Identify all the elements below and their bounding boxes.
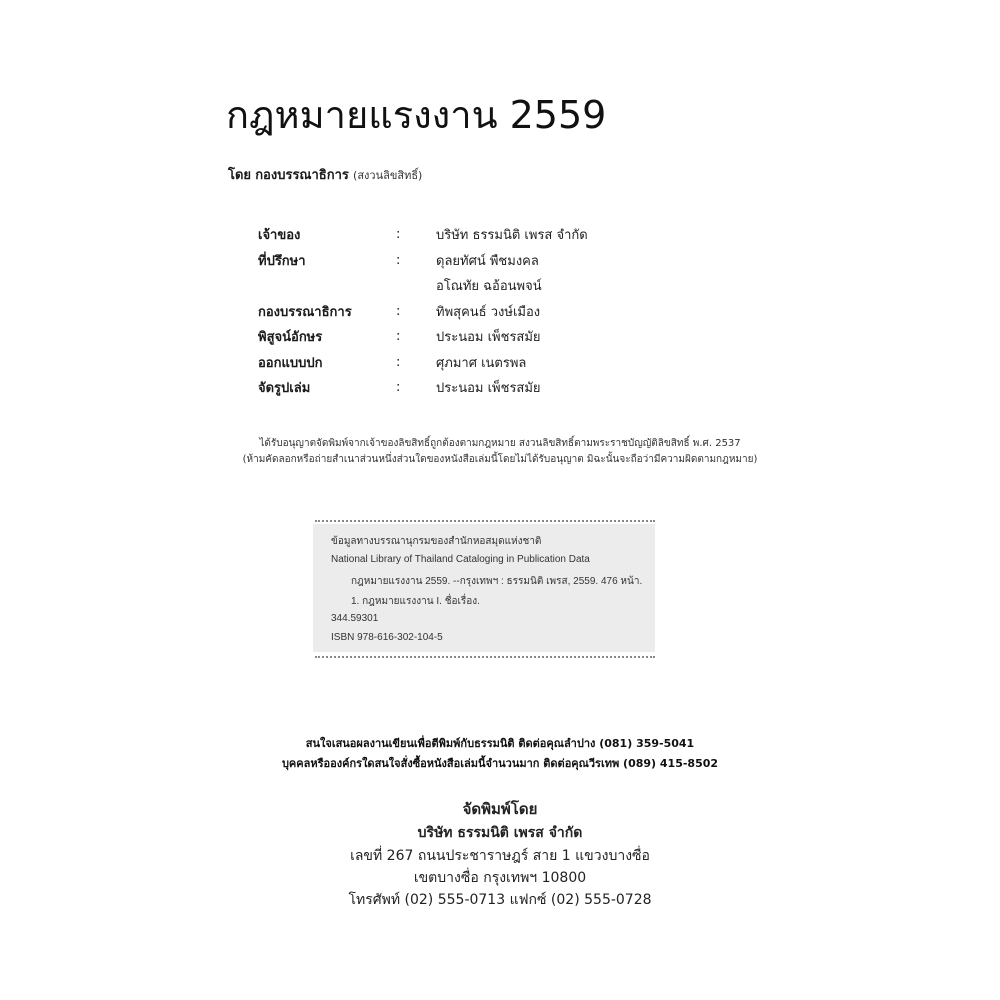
credit-colon: : (396, 329, 436, 344)
book-title: กฎหมายแรงงาน 2559 (226, 84, 606, 145)
credit-row: กองบรรณาธิการ : ทิพสุคนธ์ วงษ์เมือง (258, 299, 588, 325)
credit-name: ทิพสุคนธ์ วงษ์เมือง (436, 301, 540, 322)
cip-bottom-divider (315, 656, 655, 658)
printer-address-2: เขตบางซื่อ กรุงเทพฯ 10800 (0, 867, 1000, 889)
credit-name: อโณทัย ฉอ้อนพจน์ (436, 275, 542, 296)
cip-subjects: 1. กฎหมายแรงงาน I. ชื่อเรื่อง. (351, 594, 480, 609)
credit-name: ประนอม เพ็ชรสมัย (436, 326, 541, 347)
cip-classification: 344.59301 (331, 613, 378, 624)
credit-name: บริษัท ธรรมนิติ เพรส จำกัด (436, 224, 588, 245)
byline-prefix: โดย (228, 168, 251, 183)
credit-colon: : (396, 253, 436, 268)
printer-heading: จัดพิมพ์โดย (0, 797, 1000, 821)
cip-heading-en: National Library of Thailand Cataloging … (331, 554, 590, 565)
copyright-line-2: (ห้ามคัดลอกหรือถ่ายสำเนาส่วนหนึ่งส่วนใดข… (0, 452, 1000, 468)
credits-list: เจ้าของ : บริษัท ธรรมนิติ เพรส จำกัด ที่… (258, 222, 588, 401)
cip-data-box: ข้อมูลทางบรรณานุกรมของสำนักหอสมุดแห่งชาต… (313, 524, 655, 652)
credit-row: ที่ปรึกษา : ดุลยทัศน์ พืชมงคล (258, 248, 588, 274)
printer-address-1: เลขที่ 267 ถนนประชาราษฎร์ สาย 1 แขวงบางซ… (0, 845, 1000, 867)
copyright-line-1: ได้รับอนุญาตจัดพิมพ์จากเจ้าของลิขสิทธิ์ถ… (0, 436, 1000, 452)
printer-phone: โทรศัพท์ (02) 555-0713 แฟกซ์ (02) 555-07… (0, 889, 1000, 911)
cip-top-divider (315, 520, 655, 522)
cip-isbn: ISBN 978-616-302-104-5 (331, 632, 443, 643)
printer-company: บริษัท ธรรมนิติ เพรส จำกัด (0, 821, 1000, 845)
credit-role: ที่ปรึกษา (258, 250, 396, 271)
credit-name: ดุลยทัศน์ พืชมงคล (436, 250, 539, 271)
credit-colon: : (396, 227, 436, 242)
byline-note: (สงวนลิขสิทธิ์) (353, 169, 422, 182)
printer-info: จัดพิมพ์โดย บริษัท ธรรมนิติ เพรส จำกัด เ… (0, 797, 1000, 911)
credit-row: จัดรูปเล่ม : ประนอม เพ็ชรสมัย (258, 375, 588, 401)
credit-row: ออกแบบปก : ศุภมาศ เนตรพล (258, 350, 588, 376)
credit-role: เจ้าของ (258, 224, 396, 245)
credit-name: ศุภมาศ เนตรพล (436, 352, 526, 373)
contact-line-2: บุคคลหรือองค์กรใดสนใจสั่งซื้อหนังสือเล่ม… (0, 754, 1000, 774)
contact-line-1: สนใจเสนอผลงานเขียนเพื่อตีพิมพ์กับธรรมนิต… (0, 734, 1000, 754)
copyright-notice: ได้รับอนุญาตจัดพิมพ์จากเจ้าของลิขสิทธิ์ถ… (0, 436, 1000, 468)
credit-role: จัดรูปเล่ม (258, 377, 396, 398)
byline-author: กองบรรณาธิการ (255, 168, 349, 183)
byline: โดย กองบรรณาธิการ (สงวนลิขสิทธิ์) (228, 164, 422, 185)
credit-role: พิสูจน์อักษร (258, 326, 396, 347)
credit-name: ประนอม เพ็ชรสมัย (436, 377, 541, 398)
credit-colon: : (396, 355, 436, 370)
credit-row: อโณทัย ฉอ้อนพจน์ (258, 273, 588, 299)
credit-row: เจ้าของ : บริษัท ธรรมนิติ เพรส จำกัด (258, 222, 588, 248)
credit-role: ออกแบบปก (258, 352, 396, 373)
credit-colon: : (396, 304, 436, 319)
contact-info: สนใจเสนอผลงานเขียนเพื่อตีพิมพ์กับธรรมนิต… (0, 734, 1000, 774)
credit-row: พิสูจน์อักษร : ประนอม เพ็ชรสมัย (258, 324, 588, 350)
credit-colon: : (396, 380, 436, 395)
credit-role: กองบรรณาธิการ (258, 301, 396, 322)
cip-entry: กฎหมายแรงงาน 2559. --กรุงเทพฯ : ธรรมนิติ… (351, 574, 642, 589)
cip-heading-th: ข้อมูลทางบรรณานุกรมของสำนักหอสมุดแห่งชาต… (331, 534, 541, 549)
